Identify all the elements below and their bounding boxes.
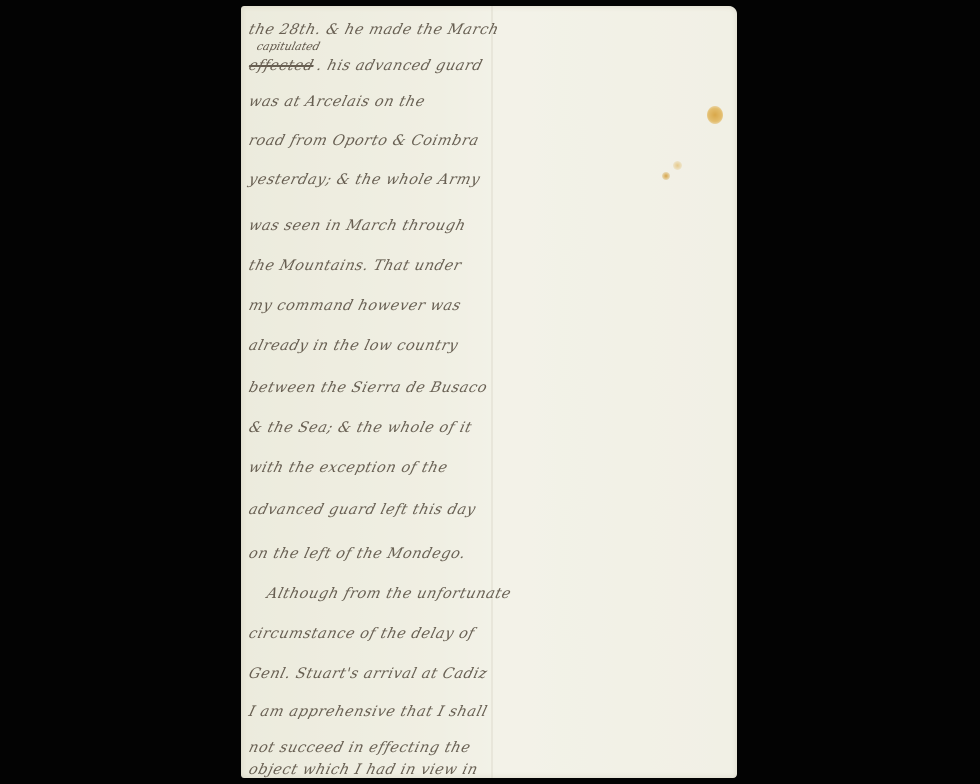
text-line: not succeed in effecting the xyxy=(247,740,501,756)
handwritten-text: the 28th. & he made the March capitulate… xyxy=(241,6,737,778)
text-line: Genl. Stuart's arrival at Cadiz xyxy=(247,666,501,682)
text-line: . his advanced guard xyxy=(315,58,569,74)
text-line: circumstance of the delay of xyxy=(247,626,501,642)
text-line: road from Oporto & Coimbra xyxy=(247,133,501,149)
text-line: already in the low country xyxy=(247,338,501,354)
text-line: on the left of the Mondego. xyxy=(247,546,501,562)
struck-word: effected xyxy=(247,58,316,74)
text-line: was seen in March through xyxy=(247,218,501,234)
text-line: object which I had in view in xyxy=(247,762,501,778)
manuscript-page: the 28th. & he made the March capitulate… xyxy=(241,6,737,778)
text-line: was at Arcelais on the xyxy=(247,94,501,110)
text-line: advanced guard left this day xyxy=(247,502,501,518)
insertion-above: capitulated xyxy=(255,40,321,53)
text-line: the Mountains. That under xyxy=(247,258,501,274)
text-line: yesterday; & the whole Army xyxy=(247,172,501,188)
text-line: Although from the unfortunate xyxy=(265,586,519,602)
text-line: with the exception of the xyxy=(247,460,501,476)
text-line: the 28th. & he made the March xyxy=(247,22,501,38)
text-line: my command however was xyxy=(247,298,501,314)
text-line: between the Sierra de Busaco xyxy=(247,380,501,396)
text-line: & the Sea; & the whole of it xyxy=(247,420,501,436)
text-line: I am apprehensive that I shall xyxy=(247,704,501,720)
